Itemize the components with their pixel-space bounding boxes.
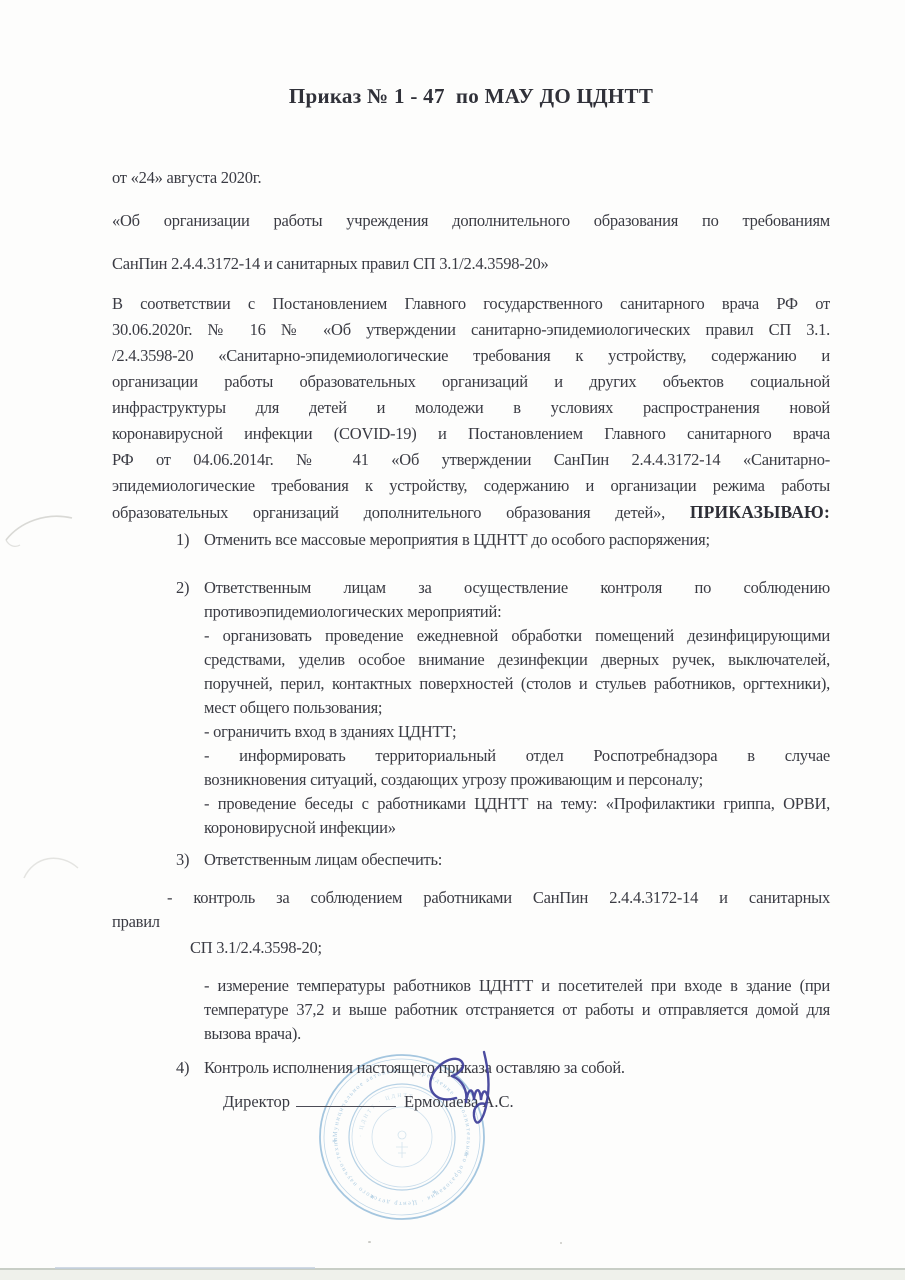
- text-line: - информировать территориальный отдел Ро…: [112, 744, 830, 768]
- text-line: 2)Ответственным лицам за осуществление к…: [112, 576, 830, 600]
- order-items-section: 1)Отменить все массовые мероприятия в ЦД…: [112, 528, 830, 1080]
- bold-text: ПРИКАЗЫВАЮ:: [690, 502, 830, 522]
- text-line: мест общего пользования;: [112, 696, 830, 720]
- document-title: Приказ № 1 - 47 по МАУ ДО ЦДНТТ: [112, 84, 830, 109]
- text-line: 3)Ответственным лицам обеспечить:: [112, 848, 830, 872]
- preamble-section: В соответствии с Постановлением Главного…: [112, 291, 830, 526]
- meta-section: от «24» августа 2020г.«Об организации ра…: [112, 156, 830, 285]
- stamp-asterisk: *: [370, 1194, 375, 1205]
- list-number: 2): [176, 576, 189, 600]
- text-line: СП 3.1/2.4.3598-20;: [112, 936, 830, 960]
- text-line: образовательных организаций дополнительн…: [112, 499, 830, 526]
- text-line: - проведение беседы с работниками ЦДНТТ …: [112, 792, 830, 816]
- text-line: - измерение температуры работников ЦДНТТ…: [112, 974, 830, 998]
- scan-speck: [560, 1242, 562, 1244]
- list-number: 1): [176, 528, 189, 552]
- text-line: от «24» августа 2020г.: [112, 156, 830, 199]
- document-page: Муниципальное автономное учреждение допо…: [0, 0, 905, 1280]
- text-line: организации работы образовательных орган…: [112, 369, 830, 395]
- stamp-center-emblem: [396, 1131, 408, 1158]
- list-number: 3): [176, 848, 189, 872]
- scan-edge-bottom: [0, 1268, 905, 1280]
- stamp-asterisk: *: [332, 1138, 337, 1149]
- text-line: поручней, перил, контактных поверхностей…: [112, 672, 830, 696]
- text-line: СанПин 2.4.4.3172-14 и санитарных правил…: [112, 242, 830, 285]
- text-line: вызова врача).: [112, 1022, 830, 1046]
- list-number: 4): [176, 1056, 189, 1080]
- text-line: - организовать проведение ежедневной обр…: [112, 624, 830, 648]
- text-line: - ограничить вход в зданиях ЦДНТТ;: [112, 720, 830, 744]
- text-line: - контроль за соблюдением работниками Са…: [112, 886, 830, 910]
- text-line: правил: [112, 910, 830, 934]
- text-line: В соответствии с Постановлением Главного…: [112, 291, 830, 317]
- text-line: РФ от 04.06.2014г. № 41 «Об утверждении …: [112, 447, 830, 473]
- text-line: /2.4.3598-20 «Санитарно-эпидемиологическ…: [112, 343, 830, 369]
- text-line: инфраструктуры для детей и молодежи в ус…: [112, 395, 830, 421]
- stamp-asterisk: *: [464, 1151, 469, 1162]
- stamp-asterisk: *: [432, 1189, 437, 1200]
- text-line: коронавирусной инфекции (COVID-19) и Пос…: [112, 421, 830, 447]
- text-line: «Об организации работы учреждения дополн…: [112, 199, 830, 242]
- text-line: 1)Отменить все массовые мероприятия в ЦД…: [112, 528, 830, 552]
- text-line: короновирусной инфекции»: [112, 816, 830, 840]
- text-line: 30.06.2020г. № 16 № «Об утверждении сани…: [112, 317, 830, 343]
- signature-line: [296, 1093, 396, 1107]
- scan-speck: [368, 1241, 371, 1243]
- text-line: возникновения ситуаций, создающих угрозу…: [112, 768, 830, 792]
- text-line: температуре 37,2 и выше работник отстран…: [112, 998, 830, 1022]
- text-line: противоэпидемиологических мероприятий:: [112, 600, 830, 624]
- document-content: Приказ № 1 - 47 по МАУ ДО ЦДНТТ от «24» …: [0, 84, 905, 1080]
- text-line: эпидемиологические требования к устройст…: [112, 473, 830, 499]
- signature-role-label: Директор: [223, 1092, 290, 1111]
- signature-stroke: [418, 1046, 513, 1138]
- scan-edge-bottom-blue: [55, 1267, 315, 1269]
- text-line: средствами, уделив особое внимание дезин…: [112, 648, 830, 672]
